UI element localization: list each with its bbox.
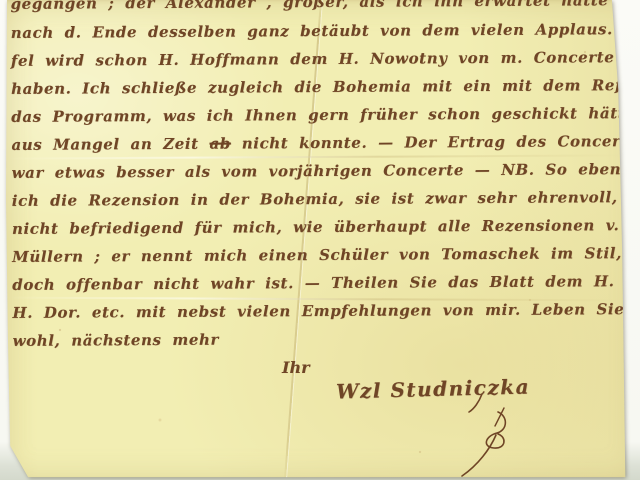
- letter-line: haben. Ich schließe zugleich die Bohemia…: [11, 74, 640, 100]
- letter-line: H. Dor. etc. mit nebst vielen Empfehlung…: [12, 298, 640, 324]
- line-text: das Programm, was ich Ihnen gern früher …: [11, 104, 640, 126]
- letter-closing: Ihr: [282, 358, 310, 377]
- letter-line: war etwas besser als vom vorjährigen Con…: [12, 158, 640, 184]
- line-text: war etwas besser als vom vorjährigen Con…: [12, 160, 640, 182]
- letter-line: aus Mangel an Zeit ab nicht konnte. — De…: [11, 130, 640, 156]
- line-text: H. Dor. etc. mit nebst vielen Empfehlung…: [12, 300, 640, 322]
- letter-line: gegangen ; der Alexander , größer, als i…: [10, 0, 640, 15]
- letter-line: das Programm, was ich Ihnen gern früher …: [11, 102, 640, 128]
- letter-paper: gegangen ; der Alexander , größer, als i…: [0, 0, 640, 480]
- line-text: aus Mangel an Zeit: [11, 135, 198, 154]
- line-text: ich die Rezension in der Bohemia, sie is…: [12, 188, 640, 210]
- letter-line: nach d. Ende desselben ganz betäubt von …: [11, 17, 640, 44]
- scanned-letter: gegangen ; der Alexander , größer, als i…: [0, 0, 640, 480]
- signature-flourish: [452, 392, 524, 480]
- line-text: doch offenbar nicht wahr ist. — Theilen …: [12, 272, 640, 294]
- line-text: gegangen ; der Alexander , größer, als i…: [10, 0, 640, 13]
- letter-line: wohl, nächstens mehr: [13, 329, 219, 352]
- letter-line: Müllern ; er nennt mich einen Schüler vo…: [12, 242, 640, 268]
- letter-body: gegangen ; der Alexander , größer, als i…: [0, 0, 640, 480]
- letter-line: fel wird schon H. Hoffmann dem H. Nowotn…: [11, 45, 640, 71]
- letter-line: doch offenbar nicht wahr ist. — Theilen …: [12, 270, 640, 296]
- line-text: Müllern ; er nennt mich einen Schüler vo…: [12, 244, 640, 266]
- line-text: nach d. Ende desselben ganz betäubt von …: [11, 19, 640, 42]
- letter-line: ich die Rezension in der Bohemia, sie is…: [12, 186, 640, 212]
- line-text: wohl, nächstens mehr: [13, 331, 219, 350]
- line-text: fel wird schon H. Hoffmann dem H. Nowotn…: [11, 47, 640, 69]
- line-text: haben. Ich schließe zugleich die Bohemia…: [11, 76, 640, 98]
- line-text: nicht befriedigend für mich, wie überhau…: [12, 216, 640, 238]
- struck-out-word: ab: [209, 135, 231, 153]
- paper-shadow-wrap: gegangen ; der Alexander , größer, als i…: [0, 0, 640, 480]
- letter-line: nicht befriedigend für mich, wie überhau…: [12, 214, 640, 240]
- line-text: nicht konnte. — Der Ertrag des Concertes: [242, 132, 640, 152]
